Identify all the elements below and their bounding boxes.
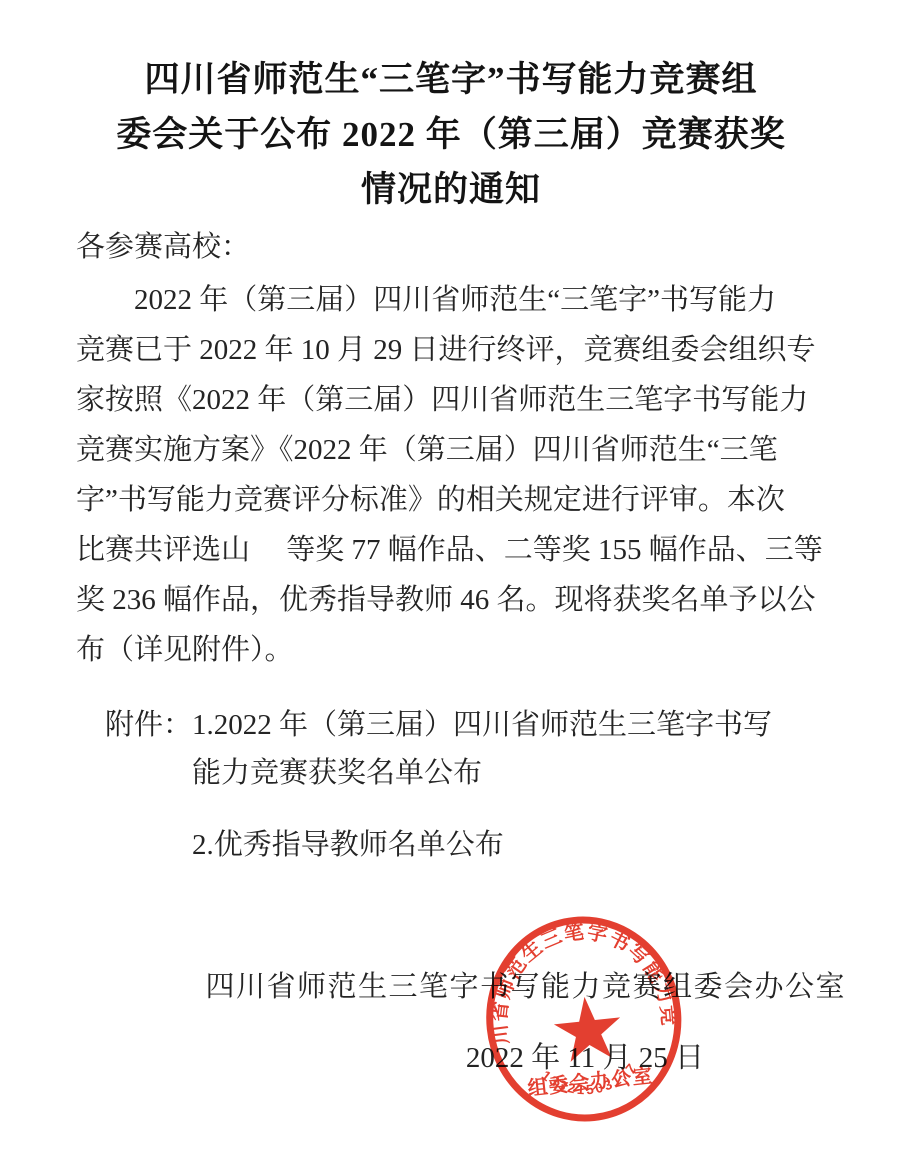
attachment-item-1-line-1: 附件：1.2022 年（第三届）四川省师范生三笔字书写 (0, 701, 902, 749)
attachment-item-1-line-2: 能力竞赛获奖名单公布 (0, 749, 902, 797)
title-line-1: 四川省师范生“三笔字”书写能力竞赛组 (66, 52, 836, 107)
title-line-3: 情况的通知 (66, 162, 836, 217)
attachments-label: 附件： (105, 709, 192, 741)
attachments-block: 附件：1.2022 年（第三届）四川省师范生三笔字书写 能力竞赛获奖名单公布 2… (0, 701, 902, 869)
body-line: 竞赛实施方案》《2022 年（第三届）四川省师范生“三笔 (76, 425, 862, 475)
body-line: 家按照《2022 年（第三届）四川省师范生三笔字书写能力 (76, 375, 862, 425)
body-line: 竞赛已于 2022 年 10 月 29 日进行终评，竞赛组委会组织专 (76, 325, 862, 375)
body-paragraph: 2022 年（第三届）四川省师范生“三笔字”书写能力 竞赛已于 2022 年 1… (76, 275, 862, 675)
official-seal: 四川省师范生三笔字书写能力竞赛 组委会办公室 5133215031772 (473, 906, 696, 1136)
document-page: 四川省师范生“三笔字”书写能力竞赛组 委会关于公布 2022 年（第三届）竞赛获… (0, 0, 902, 1158)
issuing-office-signature: 四川省师范生三笔字书写能力竞赛组委会办公室 (0, 965, 902, 1009)
body-line: 比赛共评选山 等奖 77 幅作品、二等奖 155 幅作品、三等 (76, 525, 862, 575)
star-icon (551, 993, 624, 1063)
title-line-2: 委会关于公布 2022 年（第三届）竞赛获奖 (66, 107, 836, 162)
body-line: 字”书写能力竞赛评分标准》的相关规定进行评审。本次 (76, 475, 862, 525)
attachment-item-1-text: 1.2022 年（第三届）四川省师范生三笔字书写 (192, 709, 772, 741)
document-title: 四川省师范生“三笔字”书写能力竞赛组 委会关于公布 2022 年（第三届）竞赛获… (66, 52, 836, 217)
salutation: 各参赛高校： (76, 225, 902, 269)
body-line: 2022 年（第三届）四川省师范生“三笔字”书写能力 (76, 275, 862, 325)
body-line: 布（详见附件）。 (76, 625, 862, 675)
body-line: 奖 236 幅作品，优秀指导教师 46 名。现将获奖名单予以公 (76, 575, 862, 625)
attachment-item-2: 2.优秀指导教师名单公布 (0, 821, 902, 869)
issue-date: 2022 年 11 月 25 日 (0, 1036, 902, 1080)
